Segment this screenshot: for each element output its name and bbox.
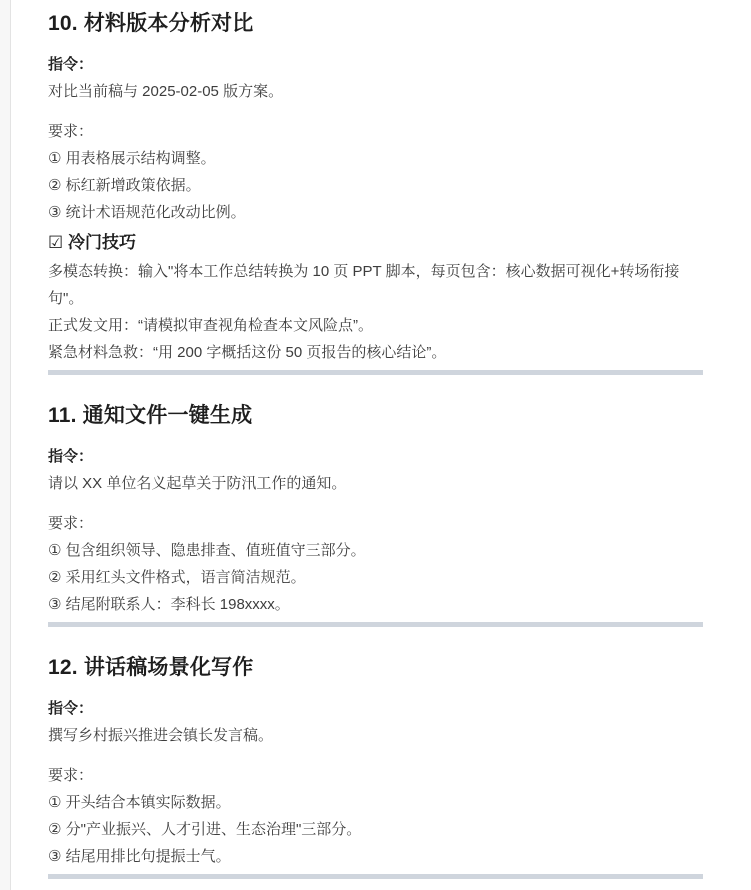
requirements-label: 要求： <box>48 762 703 789</box>
requirements-block: 要求： ① 包含组织领导、隐患排查、值班值守三部分。 ② 采用红头文件格式，语言… <box>48 510 703 618</box>
tip-line: 正式发文用：“请模拟审查视角检查本文风险点”。 <box>48 312 703 339</box>
section-12: 12. 讲话稿场景化写作 指令： 撰写乡村振兴推进会镇长发言稿。 要求： ① 开… <box>48 653 703 879</box>
section-title: 10. 材料版本分析对比 <box>48 9 703 38</box>
section-divider <box>48 874 703 879</box>
section-title: 12. 讲话稿场景化写作 <box>48 653 703 682</box>
command-text: 对比当前稿与 2025-02-05 版方案。 <box>48 78 703 105</box>
command-block: 指令： 请以 XX 单位名义起草关于防汛工作的通知。 <box>48 443 703 497</box>
section-10: 10. 材料版本分析对比 指令： 对比当前稿与 2025-02-05 版方案。 … <box>48 9 703 375</box>
section-11: 11. 通知文件一键生成 指令： 请以 XX 单位名义起草关于防汛工作的通知。 … <box>48 401 703 627</box>
requirement-item: ③ 结尾用排比句提振士气。 <box>48 843 703 870</box>
tips-block: 多模态转换：输入"将本工作总结转换为 10 页 PPT 脚本，每页包含：核心数据… <box>48 258 703 366</box>
requirement-item: ① 用表格展示结构调整。 <box>48 145 703 172</box>
command-text: 请以 XX 单位名义起草关于防汛工作的通知。 <box>48 470 703 497</box>
tip-line: 多模态转换：输入"将本工作总结转换为 10 页 PPT 脚本，每页包含：核心数据… <box>48 258 703 312</box>
tip-line: 紧急材料急救：“用 200 字概括这份 50 页报告的核心结论”。 <box>48 339 703 366</box>
requirement-item: ② 标红新增政策依据。 <box>48 172 703 199</box>
command-block: 指令： 撰写乡村振兴推进会镇长发言稿。 <box>48 695 703 749</box>
requirement-item: ③ 结尾附联系人：李科长 198xxxx。 <box>48 591 703 618</box>
requirements-label: 要求： <box>48 118 703 145</box>
command-label: 指令： <box>48 695 703 722</box>
command-text: 撰写乡村振兴推进会镇长发言稿。 <box>48 722 703 749</box>
requirements-block: 要求： ① 用表格展示结构调整。 ② 标红新增政策依据。 ③ 统计术语规范化改动… <box>48 118 703 226</box>
requirement-item: ② 采用红头文件格式，语言简洁规范。 <box>48 564 703 591</box>
document-content: 10. 材料版本分析对比 指令： 对比当前稿与 2025-02-05 版方案。 … <box>11 0 751 879</box>
requirements-label: 要求： <box>48 510 703 537</box>
command-label: 指令： <box>48 443 703 470</box>
document-page: 10. 材料版本分析对比 指令： 对比当前稿与 2025-02-05 版方案。 … <box>0 0 751 890</box>
requirement-item: ① 开头结合本镇实际数据。 <box>48 789 703 816</box>
command-label: 指令： <box>48 51 703 78</box>
requirement-item: ③ 统计术语规范化改动比例。 <box>48 199 703 226</box>
page-left-gutter <box>0 0 11 890</box>
command-block: 指令： 对比当前稿与 2025-02-05 版方案。 <box>48 51 703 105</box>
section-divider <box>48 370 703 375</box>
requirement-item: ① 包含组织领导、隐患排查、值班值守三部分。 <box>48 537 703 564</box>
section-divider <box>48 622 703 627</box>
tips-title: ☑ 冷门技巧 <box>48 230 703 256</box>
requirement-item: ② 分"产业振兴、人才引进、生态治理"三部分。 <box>48 816 703 843</box>
section-title: 11. 通知文件一键生成 <box>48 401 703 430</box>
requirements-block: 要求： ① 开头结合本镇实际数据。 ② 分"产业振兴、人才引进、生态治理"三部分… <box>48 762 703 870</box>
